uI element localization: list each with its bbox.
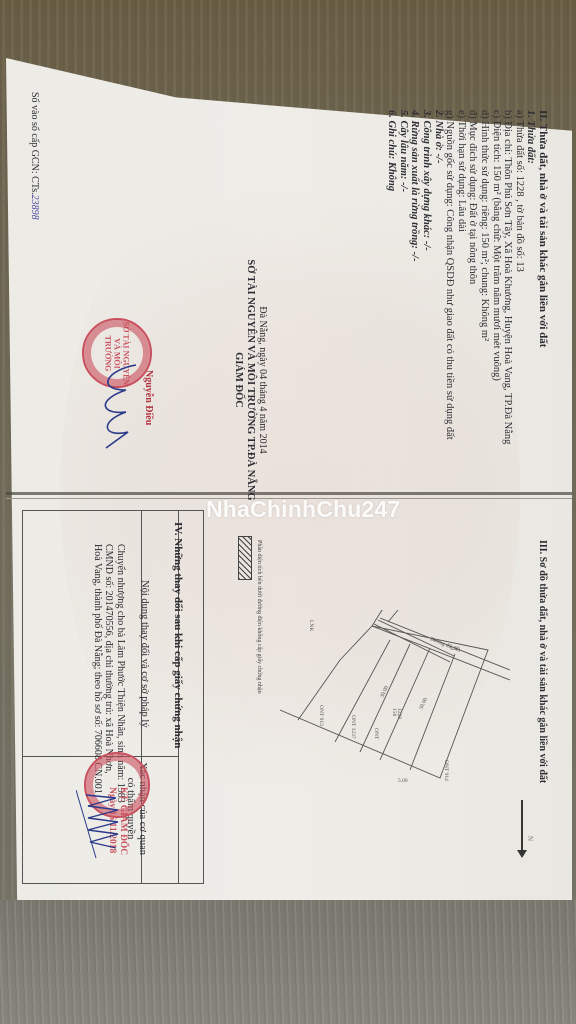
- wood-surface: [0, 900, 576, 1024]
- signature-scribble-icon: [76, 790, 126, 860]
- neighbor-label: ONT: [373, 728, 379, 740]
- item-line: 2. Nhà ở: -/-: [432, 110, 444, 490]
- land-line: d) Hình thức sử dụng: riêng: 150 m²; chu…: [478, 110, 490, 490]
- item-line: 4. Rừng sản xuất là rừng trồng: -/-: [409, 110, 421, 490]
- north-arrow-icon: [521, 800, 523, 852]
- section-4-title: IV. Những thay đổi sau khi cấp giấy chứn…: [172, 522, 184, 748]
- land-line: a) Thửa đất số: 1228 , tờ bản đồ số: 13: [513, 110, 525, 490]
- issuing-organization: SỞ TÀI NGUYÊN VÀ MÔI TRƯỜNG TP.ĐÀ NẴNG: [244, 250, 256, 510]
- item-line: 6. Ghi chú: Không: [386, 110, 398, 490]
- parcel-map: ONT 913 ONT 1237 ONT 1228 150 ONT 914 LN…: [280, 610, 510, 810]
- item-line: 3. Công trình xây dựng khác: -/-: [420, 110, 432, 490]
- signer-position: GIÁM ĐỐC: [232, 250, 244, 510]
- column-header-content: Nội dung thay đổi và cơ sở pháp lý: [139, 580, 150, 728]
- land-line: g) Nguồn gốc sử dụng: Công nhận QSDĐ như…: [444, 110, 456, 490]
- neighbor-label: ONT 1237: [350, 715, 356, 739]
- serial-label: Số vào sổ cấp GCN: CTs.: [29, 92, 40, 195]
- parcel-area: 150: [391, 708, 397, 717]
- serial-value: 23898: [29, 195, 40, 220]
- section-3-title: III. Sơ đồ thửa đất, nhà ở và tài sản kh…: [537, 540, 548, 783]
- map-legend: Phần diện tích bên dưới đường điện không…: [256, 540, 262, 694]
- place-date: Đà Nẵng, ngày 04 tháng 4 năm 2014: [256, 250, 268, 510]
- hatch-legend-icon: [238, 536, 252, 580]
- dimension-label: 5.00: [398, 778, 408, 784]
- section-2-title: II. Thửa đất, nhà ở và tài sản khác gắn …: [536, 110, 548, 490]
- section-2-land-info: II. Thửa đất, nhà ở và tài sản khác gắn …: [386, 110, 548, 490]
- page-fold: [6, 492, 572, 495]
- land-line: b) Địa chỉ: Thôn Phú Sơn Tây, Xã Hoà Khư…: [502, 110, 514, 490]
- dimension-label: 30.00: [418, 697, 429, 711]
- item-line: 5. Cây lâu năm: -/-: [397, 110, 409, 490]
- land-line: e) Thời hạn sử dụng: Lâu dài: [455, 110, 467, 490]
- neighbor-label: LNK: [308, 620, 314, 631]
- north-label: N: [526, 836, 534, 841]
- signature-scribble-icon: [86, 360, 146, 450]
- land-line: đ) Mục đích sử dụng: Đất ở tại nông thôn: [467, 110, 479, 490]
- watermark-text: NhaChinhChu247: [206, 496, 400, 523]
- neighbor-label: ONT 913: [318, 705, 324, 726]
- signature-block: Đà Nẵng, ngày 04 tháng 4 năm 2014 SỞ TÀI…: [142, 250, 268, 510]
- land-line: c) Diện tích: 150 m² (bằng chữ: Một trăm…: [490, 110, 502, 490]
- serial-number: Số vào sổ cấp GCN: CTs.23898: [29, 92, 40, 220]
- dimension-label: 30.00: [379, 685, 390, 699]
- dimension-label: 5.00: [450, 646, 460, 652]
- neighbor-label: ONT 914: [443, 760, 449, 781]
- land-heading: 1. Thửa đất:: [525, 110, 537, 490]
